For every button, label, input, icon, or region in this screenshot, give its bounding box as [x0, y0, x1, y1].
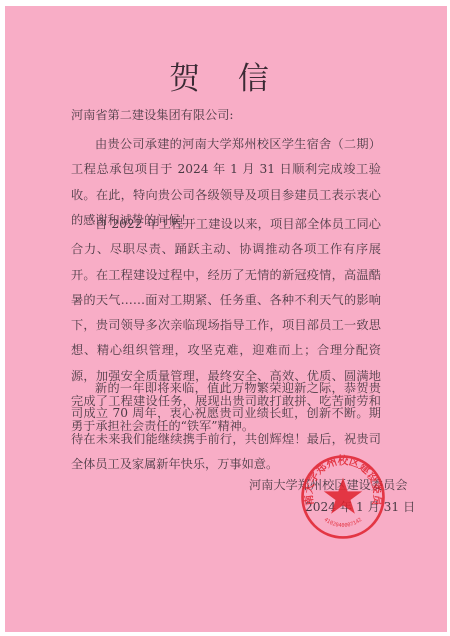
- letter-page: 贺 信 河南省第二建设集团有限公司: 由贵公司承建的河南大学郑州校区学生宿舍（二…: [5, 6, 447, 632]
- svg-text:4102040007142: 4102040007142: [323, 517, 364, 529]
- letter-title: 贺 信: [5, 61, 447, 97]
- official-seal-icon: 河南大学郑州校区建设委员会 4102040007142: [299, 453, 387, 541]
- salutation: 河南省第二建设集团有限公司:: [71, 104, 234, 126]
- seal-number: 4102040007142: [323, 517, 364, 529]
